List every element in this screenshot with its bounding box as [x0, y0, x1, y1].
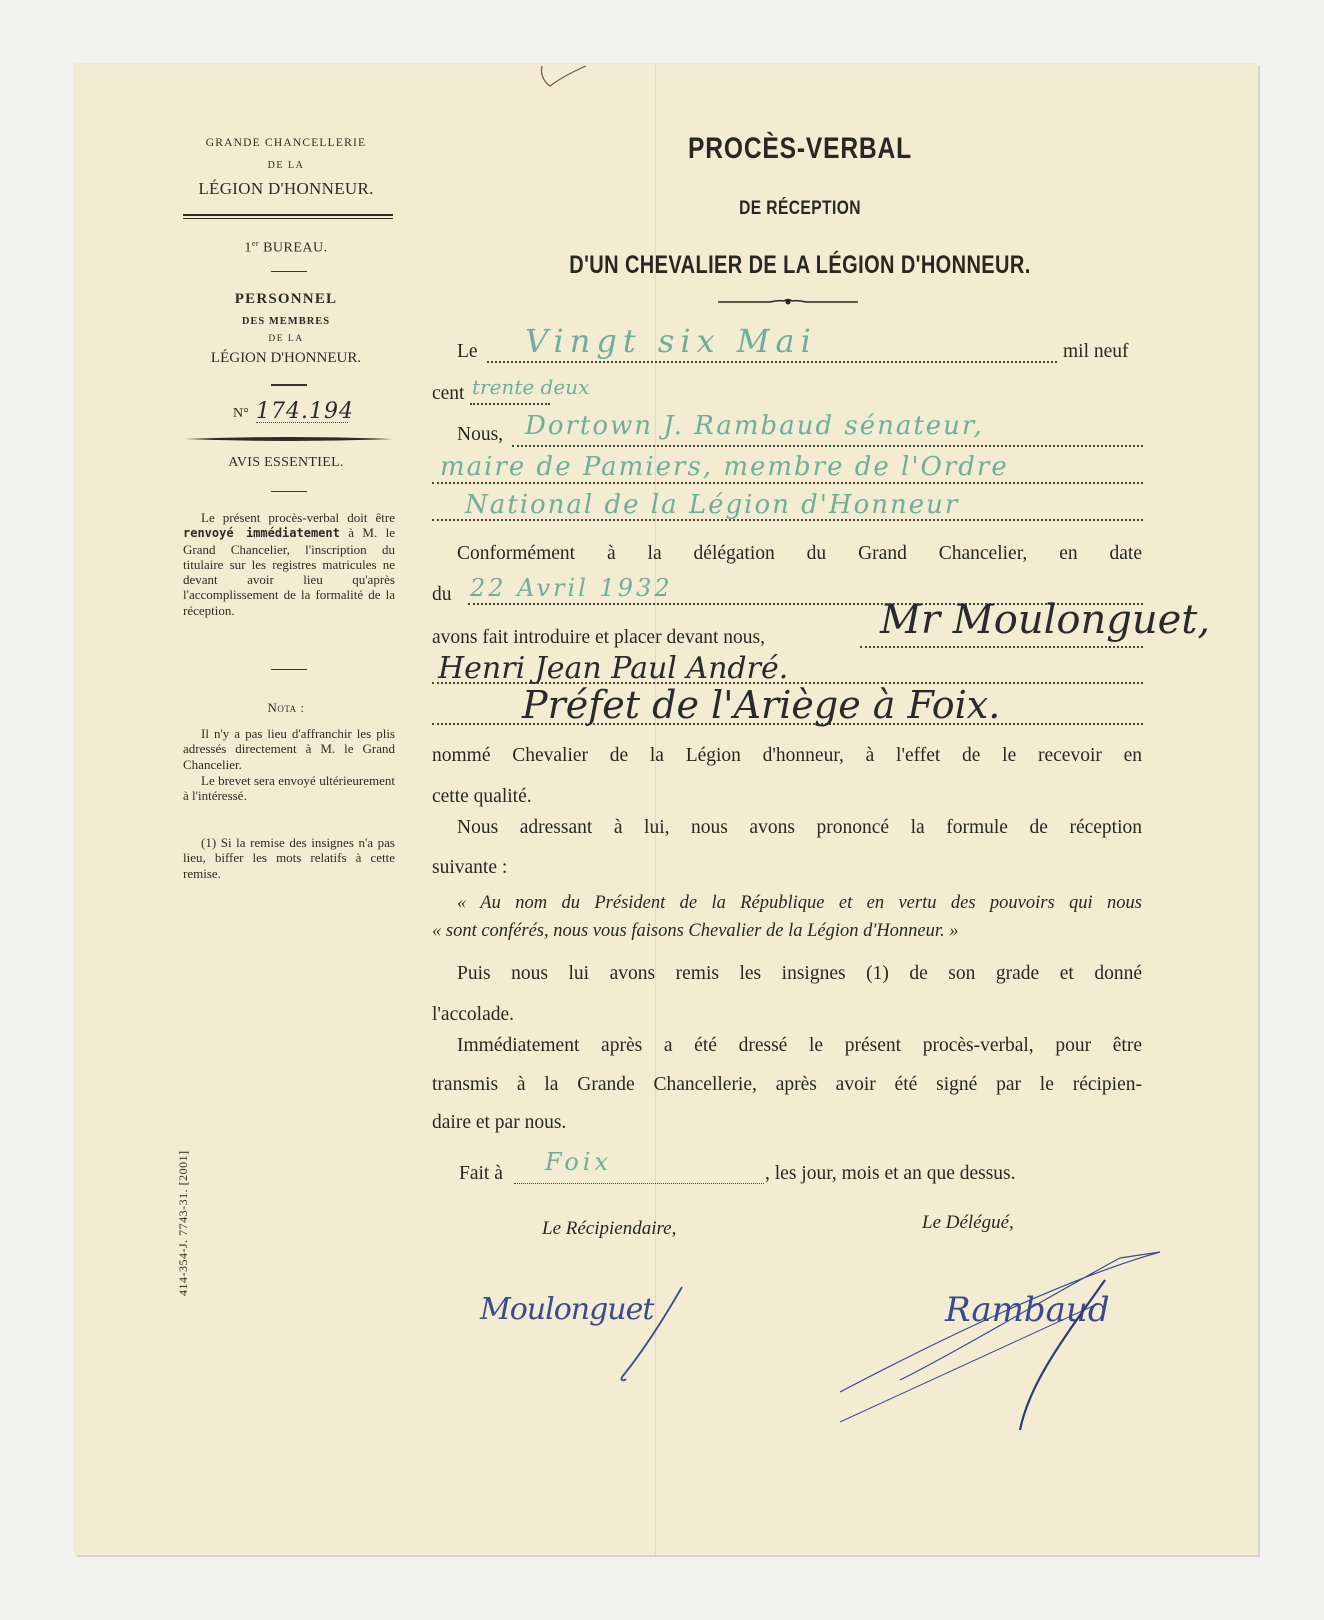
nous-handwritten-2: maire de Pamiers, membre de l'Ordre: [440, 452, 1009, 482]
dept-line-1: PERSONNEL: [178, 291, 394, 308]
nota-paragraph-2: Le brevet sera envoyé ultérieurement à l…: [183, 773, 395, 804]
year-handwritten: trente deux: [472, 375, 589, 399]
mil-neuf-label: mil neuf: [1063, 341, 1129, 363]
date-field-line[interactable]: [487, 361, 1057, 363]
nous-label: Nous,: [457, 424, 503, 446]
dept-line-4: LÉGION D'HONNEUR.: [178, 350, 394, 367]
number-handwritten: 174.194: [256, 399, 354, 424]
fait-label: Fait à: [459, 1163, 503, 1185]
date-day-month-handwritten: Vingt six Mai: [525, 322, 817, 360]
dept-line-2: DES MEMBRES: [178, 316, 394, 327]
year-field-line[interactable]: [470, 403, 550, 405]
recipient-signature-stroke: [600, 1285, 690, 1385]
nous-field-line-1[interactable]: [512, 445, 1143, 447]
document-subtitle: DE RÉCEPTION: [513, 198, 1087, 220]
avis-text-part1: Le présent procès-verbal doit être: [201, 510, 395, 525]
print-code: 414-354-J. 7743-31. [2001]: [176, 1150, 191, 1296]
short-rule: [271, 271, 307, 272]
adressant-line-1: Nous adressant à lui, nous avons prononc…: [432, 817, 1142, 839]
nous-field-line-2[interactable]: [432, 482, 1143, 484]
short-rule: [271, 669, 307, 670]
formula-line-2: « sont conférés, nous vous faisons Cheva…: [432, 921, 1142, 942]
pencil-check-mark: [538, 64, 618, 94]
du-label: du: [432, 584, 452, 606]
short-rule: [271, 491, 307, 492]
ornamental-divider: [718, 297, 858, 307]
insignes-line-2: l'accolade.: [432, 1004, 1142, 1026]
org-line-1: GRANDE CHANCELLERIE: [178, 137, 394, 149]
recipient-handwritten-3: Préfet de l'Ariège à Foix.: [522, 683, 1000, 727]
avons-fait-text: avons fait introduire et placer devant n…: [432, 627, 765, 649]
document-subtitle-2: D'UN CHEVALIER DE LA LÉGION D'HONNEUR.: [520, 251, 1080, 280]
nota-title: Nota :: [178, 700, 394, 716]
bureau-superscript: er: [252, 239, 259, 248]
bureau-text: BUREAU.: [259, 241, 328, 256]
nous-handwritten-3: National de la Légion d'Honneur: [465, 490, 959, 520]
recipient-field-line-1[interactable]: [860, 646, 1143, 648]
org-line-3: LÉGION D'HONNEUR.: [178, 179, 394, 199]
nomme-line-2: cette qualité.: [432, 786, 1142, 808]
delegation-date-handwritten: 22 Avril 1932: [470, 574, 673, 602]
adressant-line-2: suivante :: [432, 857, 1142, 879]
tapered-rule: [185, 436, 393, 442]
nous-handwritten-1: Dortown J. Rambaud sénateur,: [525, 411, 984, 441]
immediat-line-2: transmis à la Grande Chancellerie, après…: [432, 1074, 1142, 1096]
place-handwritten: Foix: [545, 1148, 612, 1176]
org-line-2: DE LA: [178, 160, 394, 171]
cent-label: cent: [432, 383, 464, 405]
conformement-text: Conformément à la délégation du Grand Ch…: [432, 543, 1142, 565]
insignes-line-1: Puis nous lui avons remis les insignes (…: [432, 963, 1142, 985]
formula-line-1: « Au nom du Président de la République e…: [432, 893, 1142, 914]
delegate-signature-flourish: [840, 1250, 1170, 1440]
place-field-line[interactable]: [514, 1183, 764, 1184]
avis-text-bold: renvoyé immédiatement: [183, 526, 340, 540]
recipient-handwritten-2: Henri Jean Paul André.: [438, 651, 788, 686]
bureau-number: 1: [244, 241, 252, 256]
fait-suffix: , les jour, mois et an que dessus.: [765, 1163, 1016, 1185]
bureau-label: 1er BUREAU.: [178, 239, 394, 257]
avis-text: Le présent procès-verbal doit être renvo…: [183, 510, 395, 618]
immediat-line-1: Immédiatement après a été dressé le prés…: [432, 1035, 1142, 1057]
footnote: (1) Si la remise des insignes n'a pas li…: [183, 835, 395, 881]
nomme-line-1: nommé Chevalier de la Légion d'honneur, …: [432, 745, 1142, 767]
document-title: PROCÈS-VERBAL: [513, 132, 1087, 166]
double-rule: [183, 214, 393, 219]
dept-line-3: DE LA: [178, 334, 394, 344]
avis-title: AVIS ESSENTIEL.: [178, 455, 394, 471]
delegate-signature-label: Le Délégué,: [922, 1212, 1014, 1234]
short-rule: [271, 384, 307, 386]
immediat-line-3: daire et par nous.: [432, 1112, 1142, 1134]
le-label: Le: [457, 341, 478, 363]
recipient-handwritten-1: Mr Moulonguet,: [880, 597, 1210, 643]
number-label: N°: [233, 406, 249, 422]
nota-paragraph-1: Il n'y a pas lieu d'affranchir les plis …: [183, 726, 395, 772]
recipient-signature-label: Le Récipiendaire,: [542, 1218, 676, 1240]
